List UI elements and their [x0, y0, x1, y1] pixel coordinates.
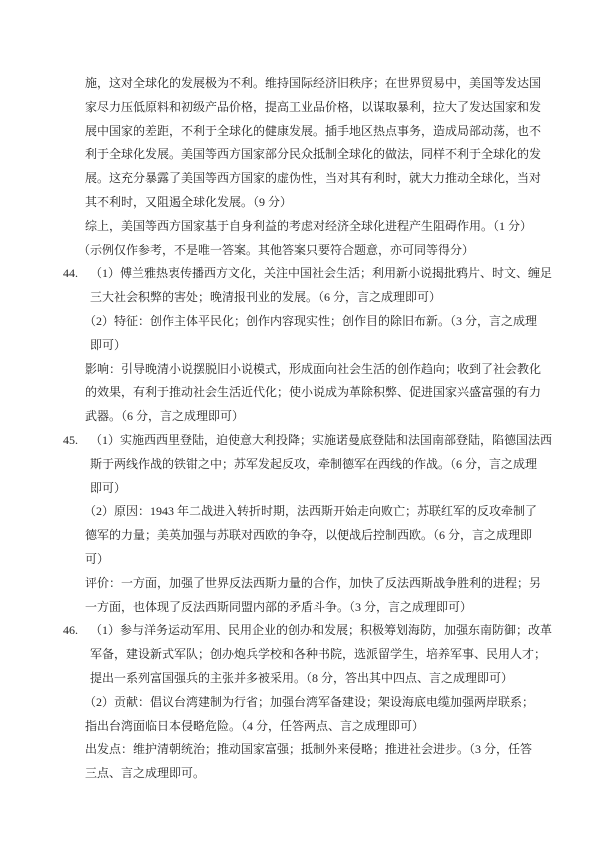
line-text: 武器。（6 分，言之成理即可） — [85, 409, 244, 423]
text-line: 家尽力压低原料和初级产品价格，提高工业品价格，以谋取暴利，拉大了发达国家和发 — [63, 96, 549, 120]
text-line: 三大社会积弊的害处；晚清报刊业的发展。（6 分，言之成理即可） — [63, 286, 549, 310]
text-line: （2）贡献：倡议台湾建制为行省；加强台湾军备建设；架设海底电缆加强两岸联系； — [63, 691, 549, 715]
text-line: 提出一系列富国强兵的主张并多被采用。（8 分，答出其中四点、言之成理即可） — [63, 667, 549, 691]
line-text: 的效果，有利于推动社会生活近代化；使小说成为革除积弊、促进国家兴盛富强的有力 — [85, 385, 541, 399]
line-text: 即可） — [90, 481, 126, 495]
text-line: 利于全球化发展。美国等西方国家部分民众抵制全球化的做法，同样不利于全球化的发 — [63, 143, 549, 167]
text-line: 德军的力量；美英加强与苏联对西欧的争夺，以便战后控制西欧。（6 分，言之成理即 — [63, 524, 549, 548]
line-text: 展中国家的差距，不利于全球化的健康发展。插手地区热点事务，造成局部动荡，也不 — [85, 124, 541, 138]
text-line: 的效果，有利于推动社会生活近代化；使小说成为革除积弊、促进国家兴盛富强的有力 — [63, 381, 549, 405]
text-line: 指出台湾面临日本侵略危险。（4 分，任答两点、言之成理即可） — [63, 715, 549, 739]
text-line: 武器。（6 分，言之成理即可） — [63, 405, 549, 429]
text-line: 施，这对全球化的发展极为不利。维持国际经济旧秩序；在世界贸易中，美国等发达国 — [63, 72, 549, 96]
question-number: 46. — [63, 619, 90, 643]
question-line: 44.（1）傅兰雅热衷传播西方文化，关注中国社会生活；利用新小说揭批鸦片、时文、… — [63, 262, 549, 286]
line-text: 家尽力压低原料和初级产品价格，提高工业品价格，以谋取暴利，拉大了发达国家和发 — [85, 100, 541, 114]
line-text: 提出一系列富国强兵的主张并多被采用。（8 分，答出其中四点、言之成理即可） — [90, 671, 513, 685]
text-line: （示例仅作参考，不是唯一答案。其他答案只要符合题意，亦可同等得分） — [63, 239, 549, 263]
line-text: （1）参与洋务运动军用、民用企业的创办和发展；积极筹划海防，加强东南防御；改革 — [90, 623, 552, 637]
line-text: 即可） — [90, 338, 126, 352]
line-text: 利于全球化发展。美国等西方国家部分民众抵制全球化的做法，同样不利于全球化的发 — [85, 147, 541, 161]
text-line: 展。这充分暴露了美国等西方国家的虚伪性，当对其有利时，就大力推动全球化，当对 — [63, 167, 549, 191]
line-text: （2）原因：1943 年二战进入转折时期，法西斯开始走向败亡；苏联红军的反攻牵制… — [84, 504, 537, 518]
answer-text-block: 施，这对全球化的发展极为不利。维持国际经济旧秩序；在世界贸易中，美国等发达国家尽… — [63, 72, 549, 786]
document-page: 施，这对全球化的发展极为不利。维持国际经济旧秩序；在世界贸易中，美国等发达国家尽… — [0, 0, 600, 848]
line-text: 可） — [85, 552, 109, 566]
text-line: 其不利时，又阻遏全球化发展。（9 分） — [63, 191, 549, 215]
line-text: 评价：一方面，加强了世界反法西斯力量的合作，加快了反法西斯战争胜利的进程；另 — [85, 576, 541, 590]
text-line: 一方面，也体现了反法西斯同盟内部的矛盾斗争。（3 分，言之成理即可） — [63, 596, 549, 620]
line-text: 影响：引导晚清小说摆脱旧小说模式，形成面向社会生活的创作趋向；收到了社会教化 — [85, 362, 541, 376]
line-text: 一方面，也体现了反法西斯同盟内部的矛盾斗争。（3 分，言之成理即可） — [85, 600, 472, 614]
line-text: （2）特征：创作主体平民化；创作内容现实性；创作目的除旧布新。（3 分，言之成理 — [84, 314, 537, 328]
line-text: （1）实施西西里登陆，迫使意大利投降；实施诺曼底登陆和法国南部登陆，陷德国法西 — [90, 433, 552, 447]
text-line: （2）特征：创作主体平民化；创作内容现实性；创作目的除旧布新。（3 分，言之成理 — [63, 310, 549, 334]
line-text: 其不利时，又阻遏全球化发展。（9 分） — [85, 195, 292, 209]
line-text: 三大社会积弊的害处；晚清报刊业的发展。（6 分，言之成理即可） — [90, 290, 441, 304]
line-text: （示例仅作参考，不是唯一答案。其他答案只要符合题意，亦可同等得分） — [78, 243, 474, 257]
text-line: 评价：一方面，加强了世界反法西斯力量的合作，加快了反法西斯战争胜利的进程；另 — [63, 572, 549, 596]
line-text: 指出台湾面临日本侵略危险。（4 分，任答两点、言之成理即可） — [85, 719, 424, 733]
text-line: 三点、言之成理即可。 — [63, 762, 549, 786]
text-line: 即可） — [63, 477, 549, 501]
line-text: 出发点：维护清朝统治；推动国家富强；抵制外来侵略；推进社会进步。（3 分，任答 — [85, 742, 532, 756]
text-line: 即可） — [63, 334, 549, 358]
question-line: 45.（1）实施西西里登陆，迫使意大利投降；实施诺曼底登陆和法国南部登陆，陷德国… — [63, 429, 549, 453]
text-line: 综上，美国等西方国家基于自身利益的考虑对经济全球化进程产生阻碍作用。（1 分） — [63, 215, 549, 239]
line-text: 德军的力量；美英加强与苏联对西欧的争夺，以便战后控制西欧。（6 分，言之成理即 — [85, 528, 532, 542]
text-line: 斯于两线作战的铁钳之中；苏军发起反攻，牵制德军在西线的作战。（6 分，言之成理 — [63, 453, 549, 477]
text-line: 影响：引导晚清小说摆脱旧小说模式，形成面向社会生活的创作趋向；收到了社会教化 — [63, 358, 549, 382]
text-line: 可） — [63, 548, 549, 572]
text-line: 出发点：维护清朝统治；推动国家富强；抵制外来侵略；推进社会进步。（3 分，任答 — [63, 738, 549, 762]
text-line: 展中国家的差距，不利于全球化的健康发展。插手地区热点事务，造成局部动荡，也不 — [63, 120, 549, 144]
line-text: （1）傅兰雅热衷传播西方文化，关注中国社会生活；利用新小说揭批鸦片、时文、缠足 — [90, 266, 552, 280]
line-text: 斯于两线作战的铁钳之中；苏军发起反攻，牵制德军在西线的作战。（6 分，言之成理 — [90, 457, 537, 471]
question-line: 46.（1）参与洋务运动军用、民用企业的创办和发展；积极筹划海防，加强东南防御；… — [63, 619, 549, 643]
line-text: 军备，建设新式军队；创办炮兵学校和各种书院，选派留学生，培养军事、民用人才； — [90, 647, 546, 661]
question-number: 44. — [63, 262, 90, 286]
line-text: 三点、言之成理即可。 — [85, 766, 205, 780]
text-line: （2）原因：1943 年二战进入转折时期，法西斯开始走向败亡；苏联红军的反攻牵制… — [63, 500, 549, 524]
line-text: 施，这对全球化的发展极为不利。维持国际经济旧秩序；在世界贸易中，美国等发达国 — [85, 76, 541, 90]
line-text: 综上，美国等西方国家基于自身利益的考虑对经济全球化进程产生阻碍作用。（1 分） — [85, 219, 532, 233]
line-text: （2）贡献：倡议台湾建制为行省；加强台湾军备建设；架设海底电缆加强两岸联系； — [84, 695, 534, 709]
question-number: 45. — [63, 429, 90, 453]
line-text: 展。这充分暴露了美国等西方国家的虚伪性，当对其有利时，就大力推动全球化，当对 — [85, 171, 541, 185]
text-line: 军备，建设新式军队；创办炮兵学校和各种书院，选派留学生，培养军事、民用人才； — [63, 643, 549, 667]
